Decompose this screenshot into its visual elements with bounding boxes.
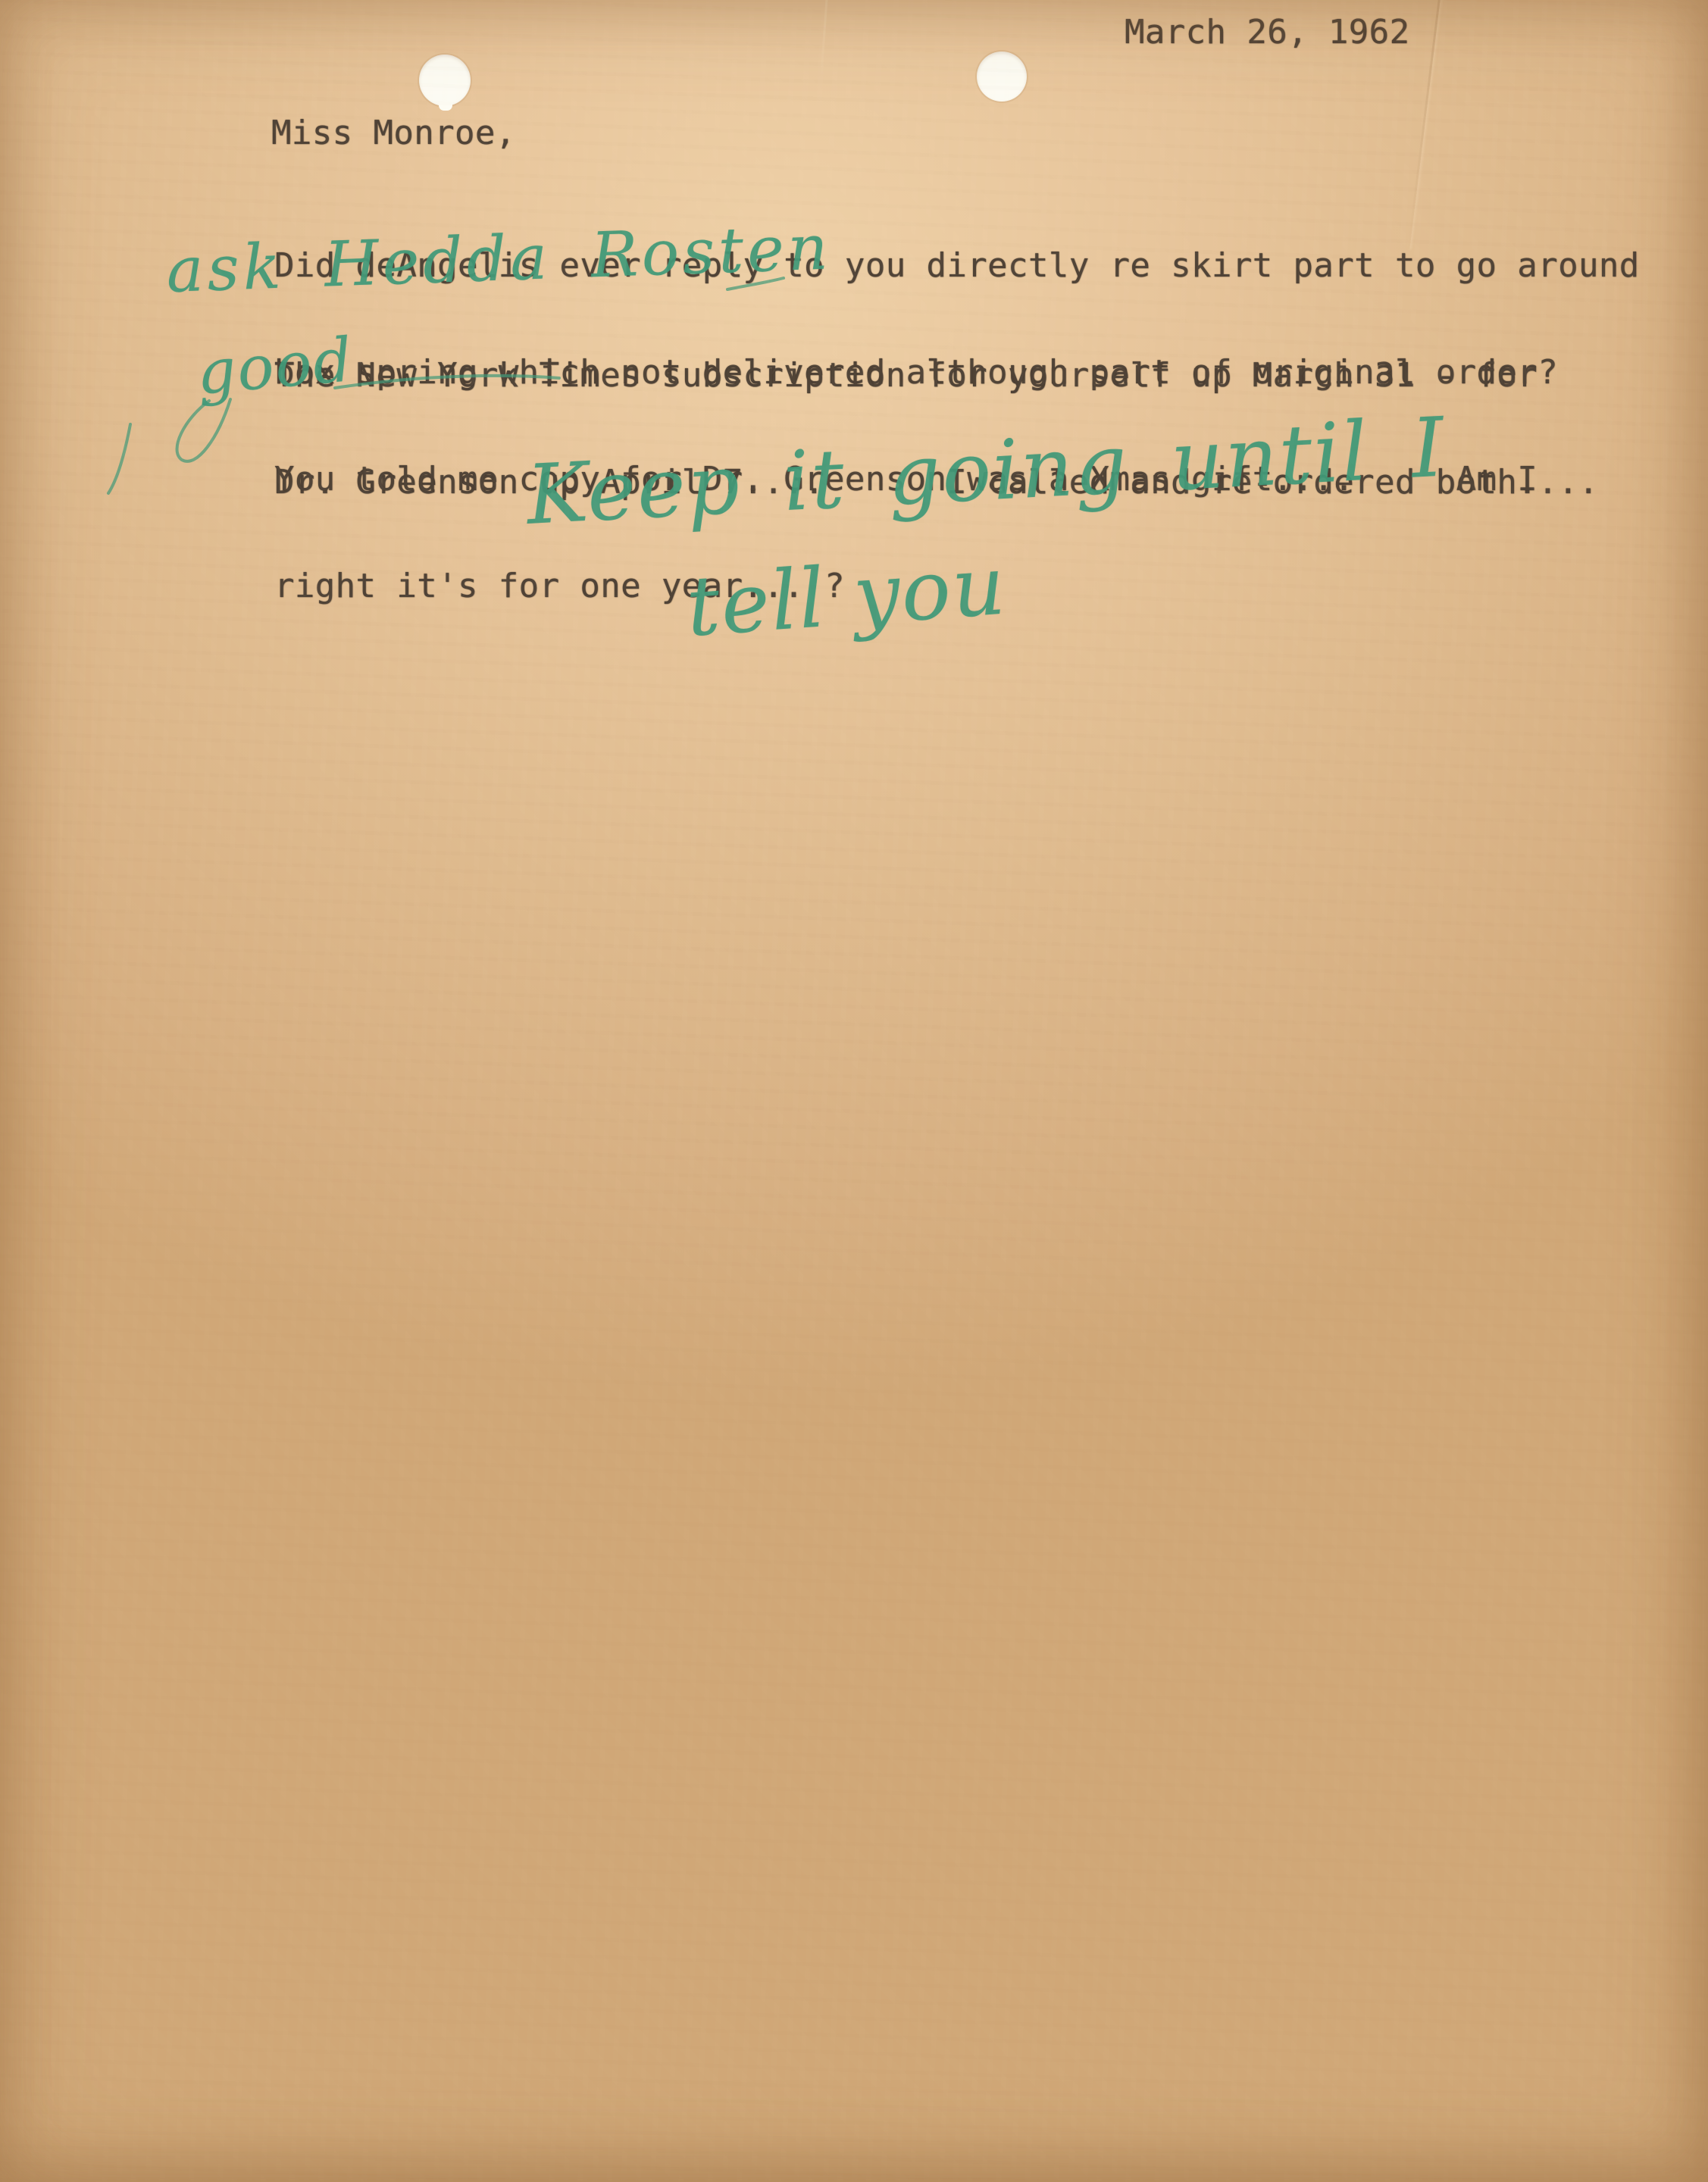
memo-salutation: Miss Monroe, — [271, 115, 516, 151]
good-descender-loop-stroke — [177, 399, 230, 461]
handwritten-note-good: good — [194, 324, 356, 408]
punch-hole-left — [419, 55, 471, 106]
scanned-memo-page: March 26, 1962 Miss Monroe, Did deAngeli… — [0, 0, 1708, 2182]
paper-crease-top-center — [820, 0, 828, 79]
punch-hole-right — [977, 52, 1027, 102]
paragraph-2-line-1: The New York Times subscription for your… — [274, 358, 1599, 393]
memo-date: March 26, 1962 — [1125, 14, 1409, 50]
margin-pen-mark-stroke — [108, 424, 130, 493]
punch-hole-notch — [439, 98, 452, 111]
